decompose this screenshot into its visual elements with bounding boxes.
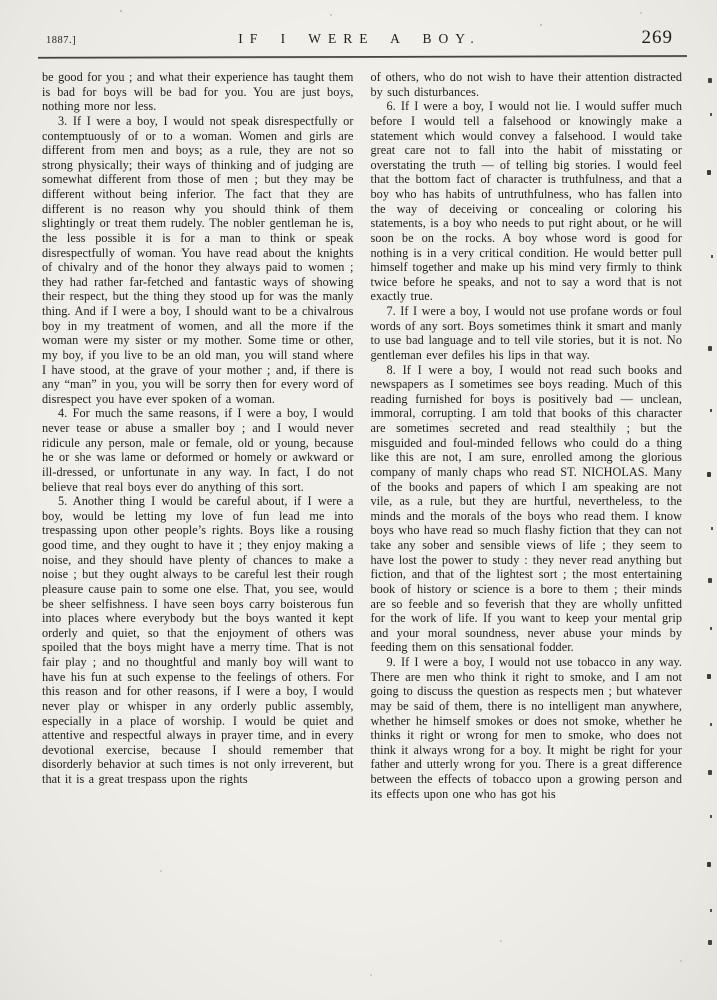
page-header: 1887.] IF I WERE A BOY. 269 <box>0 0 717 49</box>
left-column: be good for you ; and what their experie… <box>42 70 354 801</box>
page-title: IF I WERE A BOY. <box>136 31 583 47</box>
text-columns: be good for you ; and what their experie… <box>0 70 717 801</box>
right-column: of others, who do not wish to have their… <box>371 70 683 801</box>
paragraph-continuation: be good for you ; and what their experie… <box>42 70 354 114</box>
paragraph-4: 4. For much the same reasons, if I were … <box>42 406 354 494</box>
book-page: 1887.] IF I WERE A BOY. 269 be good for … <box>0 0 717 1000</box>
paragraph-7: 7. If I were a boy, I would not use prof… <box>371 304 683 363</box>
paragraph-6: 6. If I were a boy, I would not lie. I w… <box>371 99 683 304</box>
scan-edge-artifacts <box>708 78 712 83</box>
paragraph-9: 9. If I were a boy, I would not use toba… <box>371 655 683 801</box>
scan-speckles <box>120 10 122 12</box>
paragraph-5: 5. Another thing I would be careful abou… <box>42 494 354 787</box>
paragraph-8: 8. If I were a boy, I would not read suc… <box>371 363 683 656</box>
page-number: 269 <box>583 27 673 49</box>
header-year: 1887.] <box>46 35 136 46</box>
paragraph-3: 3. If I were a boy, I would not speak di… <box>42 114 354 407</box>
paragraph-continuation: of others, who do not wish to have their… <box>371 70 683 99</box>
header-rule <box>38 55 687 59</box>
